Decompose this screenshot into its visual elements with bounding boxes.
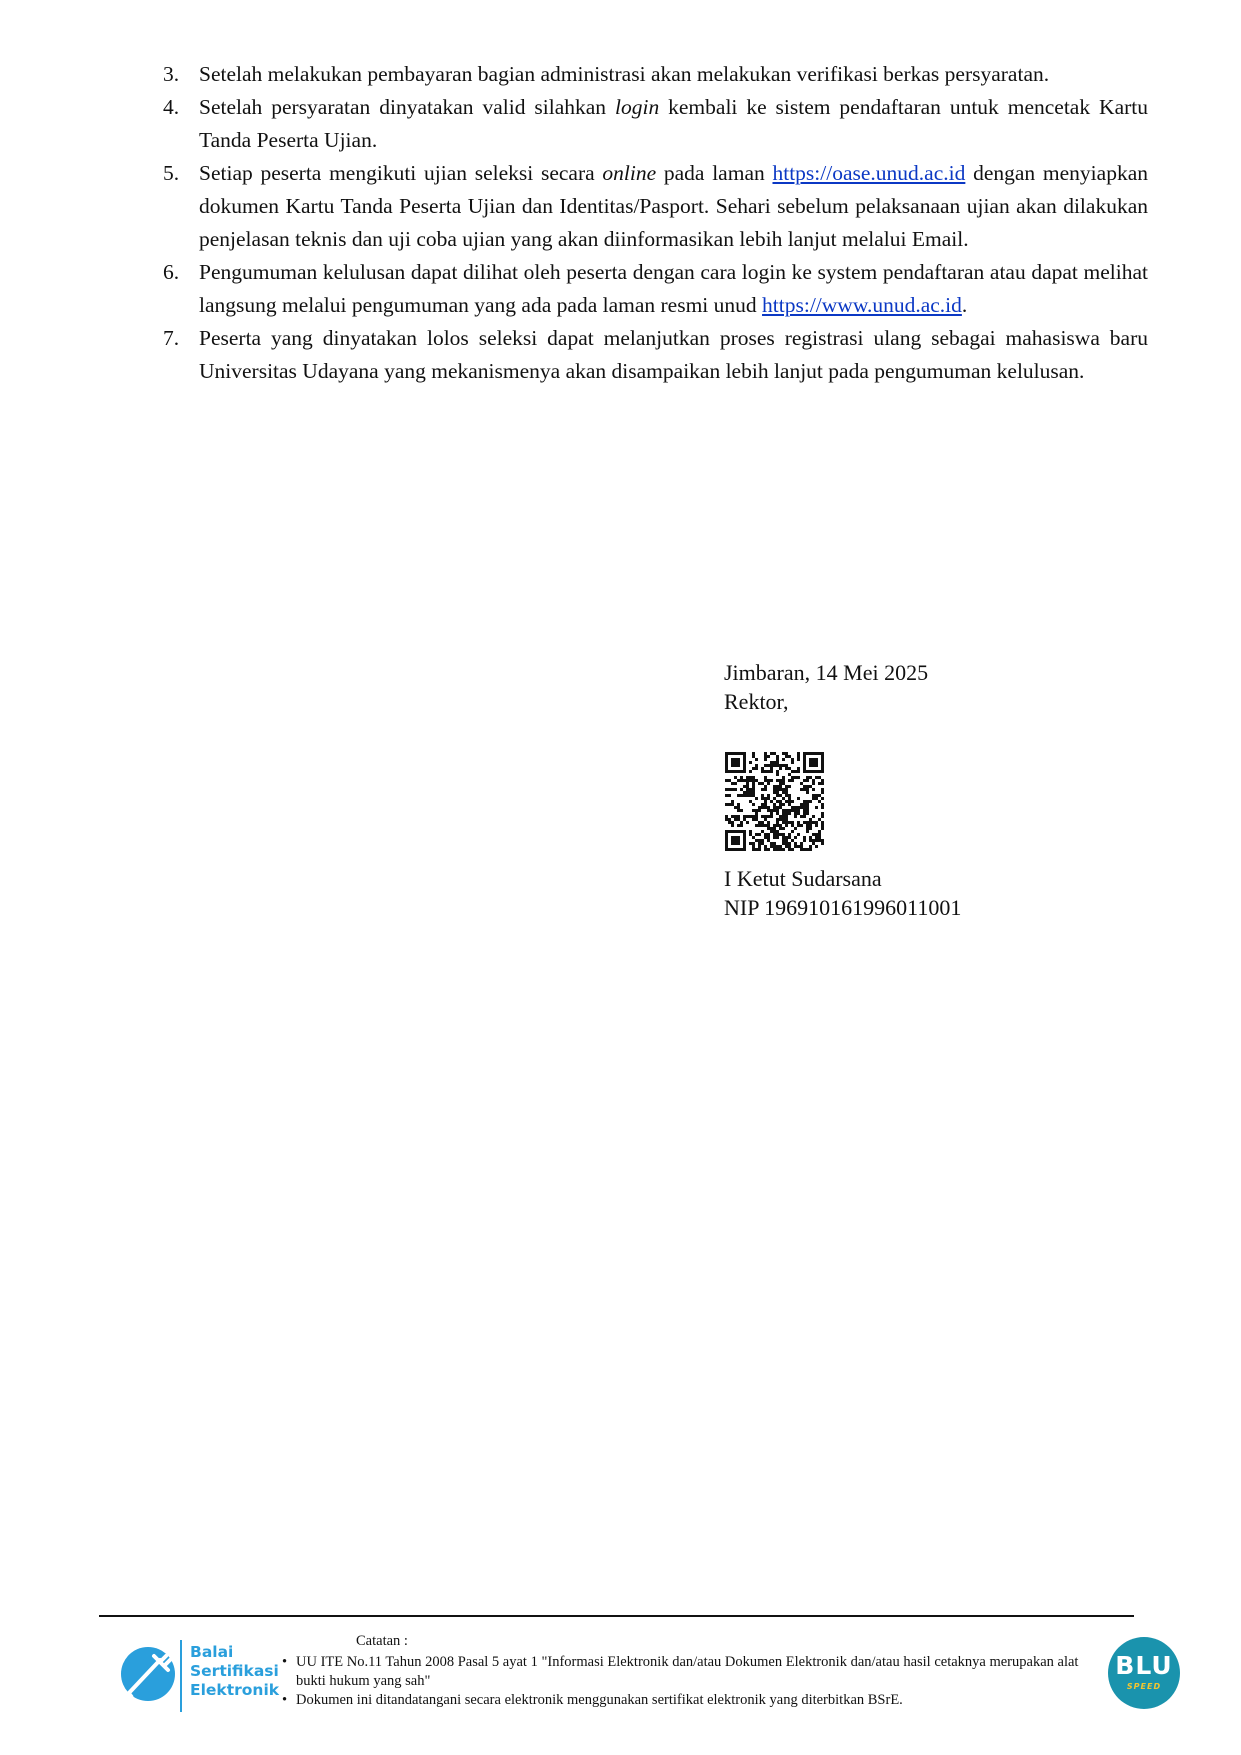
qr-code-icon (725, 752, 824, 851)
signer-nip: NIP 196910161996011001 (724, 893, 961, 922)
list-text: pada laman (656, 161, 772, 185)
signer-name: I Ketut Sudarsana (724, 864, 961, 893)
list-text: Setiap peserta mengikuti ujian seleksi s… (199, 161, 602, 185)
list-number: 5. (163, 157, 179, 190)
bsre-logo-text: Balai Sertifikasi Elektronik (190, 1643, 279, 1700)
url-link[interactable]: https://oase.unud.ac.id (772, 161, 965, 185)
list-text: Peserta yang dinyatakan lolos seleksi da… (199, 326, 1148, 383)
list-text: Pengumuman kelulusan dapat dilihat oleh … (199, 260, 1148, 317)
procedure-list: 3.Setelah melakukan pembayaran bagian ad… (163, 58, 1148, 388)
list-text: Setelah melakukan pembayaran bagian admi… (199, 62, 1049, 86)
list-item: 6.Pengumuman kelulusan dapat dilihat ole… (163, 256, 1148, 322)
list-text: . (962, 293, 967, 317)
footer-divider (99, 1615, 1134, 1617)
list-item: 3.Setelah melakukan pembayaran bagian ad… (163, 58, 1148, 91)
signer-position: Rektor, (724, 687, 928, 716)
list-item: 7.Peserta yang dinyatakan lolos seleksi … (163, 322, 1148, 388)
note-item: UU ITE No.11 Tahun 2008 Pasal 5 ayat 1 "… (282, 1653, 1102, 1691)
italic-term: online (602, 161, 656, 185)
list-text: Setelah persyaratan dinyatakan valid sil… (199, 95, 615, 119)
signer-block: I Ketut Sudarsana NIP 196910161996011001 (724, 864, 961, 922)
italic-term: login (615, 95, 659, 119)
url-link[interactable]: https://www.unud.ac.id (762, 293, 962, 317)
list-item: 4.Setelah persyaratan dinyatakan valid s… (163, 91, 1148, 157)
notes-list: UU ITE No.11 Tahun 2008 Pasal 5 ayat 1 "… (282, 1653, 1102, 1710)
signature-block: Jimbaran, 14 Mei 2025 Rektor, (724, 658, 928, 716)
list-number: 3. (163, 58, 179, 91)
notes-title: Catatan : (356, 1633, 408, 1650)
list-item: 5.Setiap peserta mengikuti ujian seleksi… (163, 157, 1148, 256)
note-item: Dokumen ini ditandatangani secara elektr… (282, 1691, 1102, 1710)
list-number: 7. (163, 322, 179, 355)
list-number: 6. (163, 256, 179, 289)
list-number: 4. (163, 91, 179, 124)
place-date: Jimbaran, 14 Mei 2025 (724, 658, 928, 687)
bsre-logo-divider (180, 1640, 182, 1712)
blu-speed-logo: BLU SPEED (1108, 1637, 1180, 1709)
